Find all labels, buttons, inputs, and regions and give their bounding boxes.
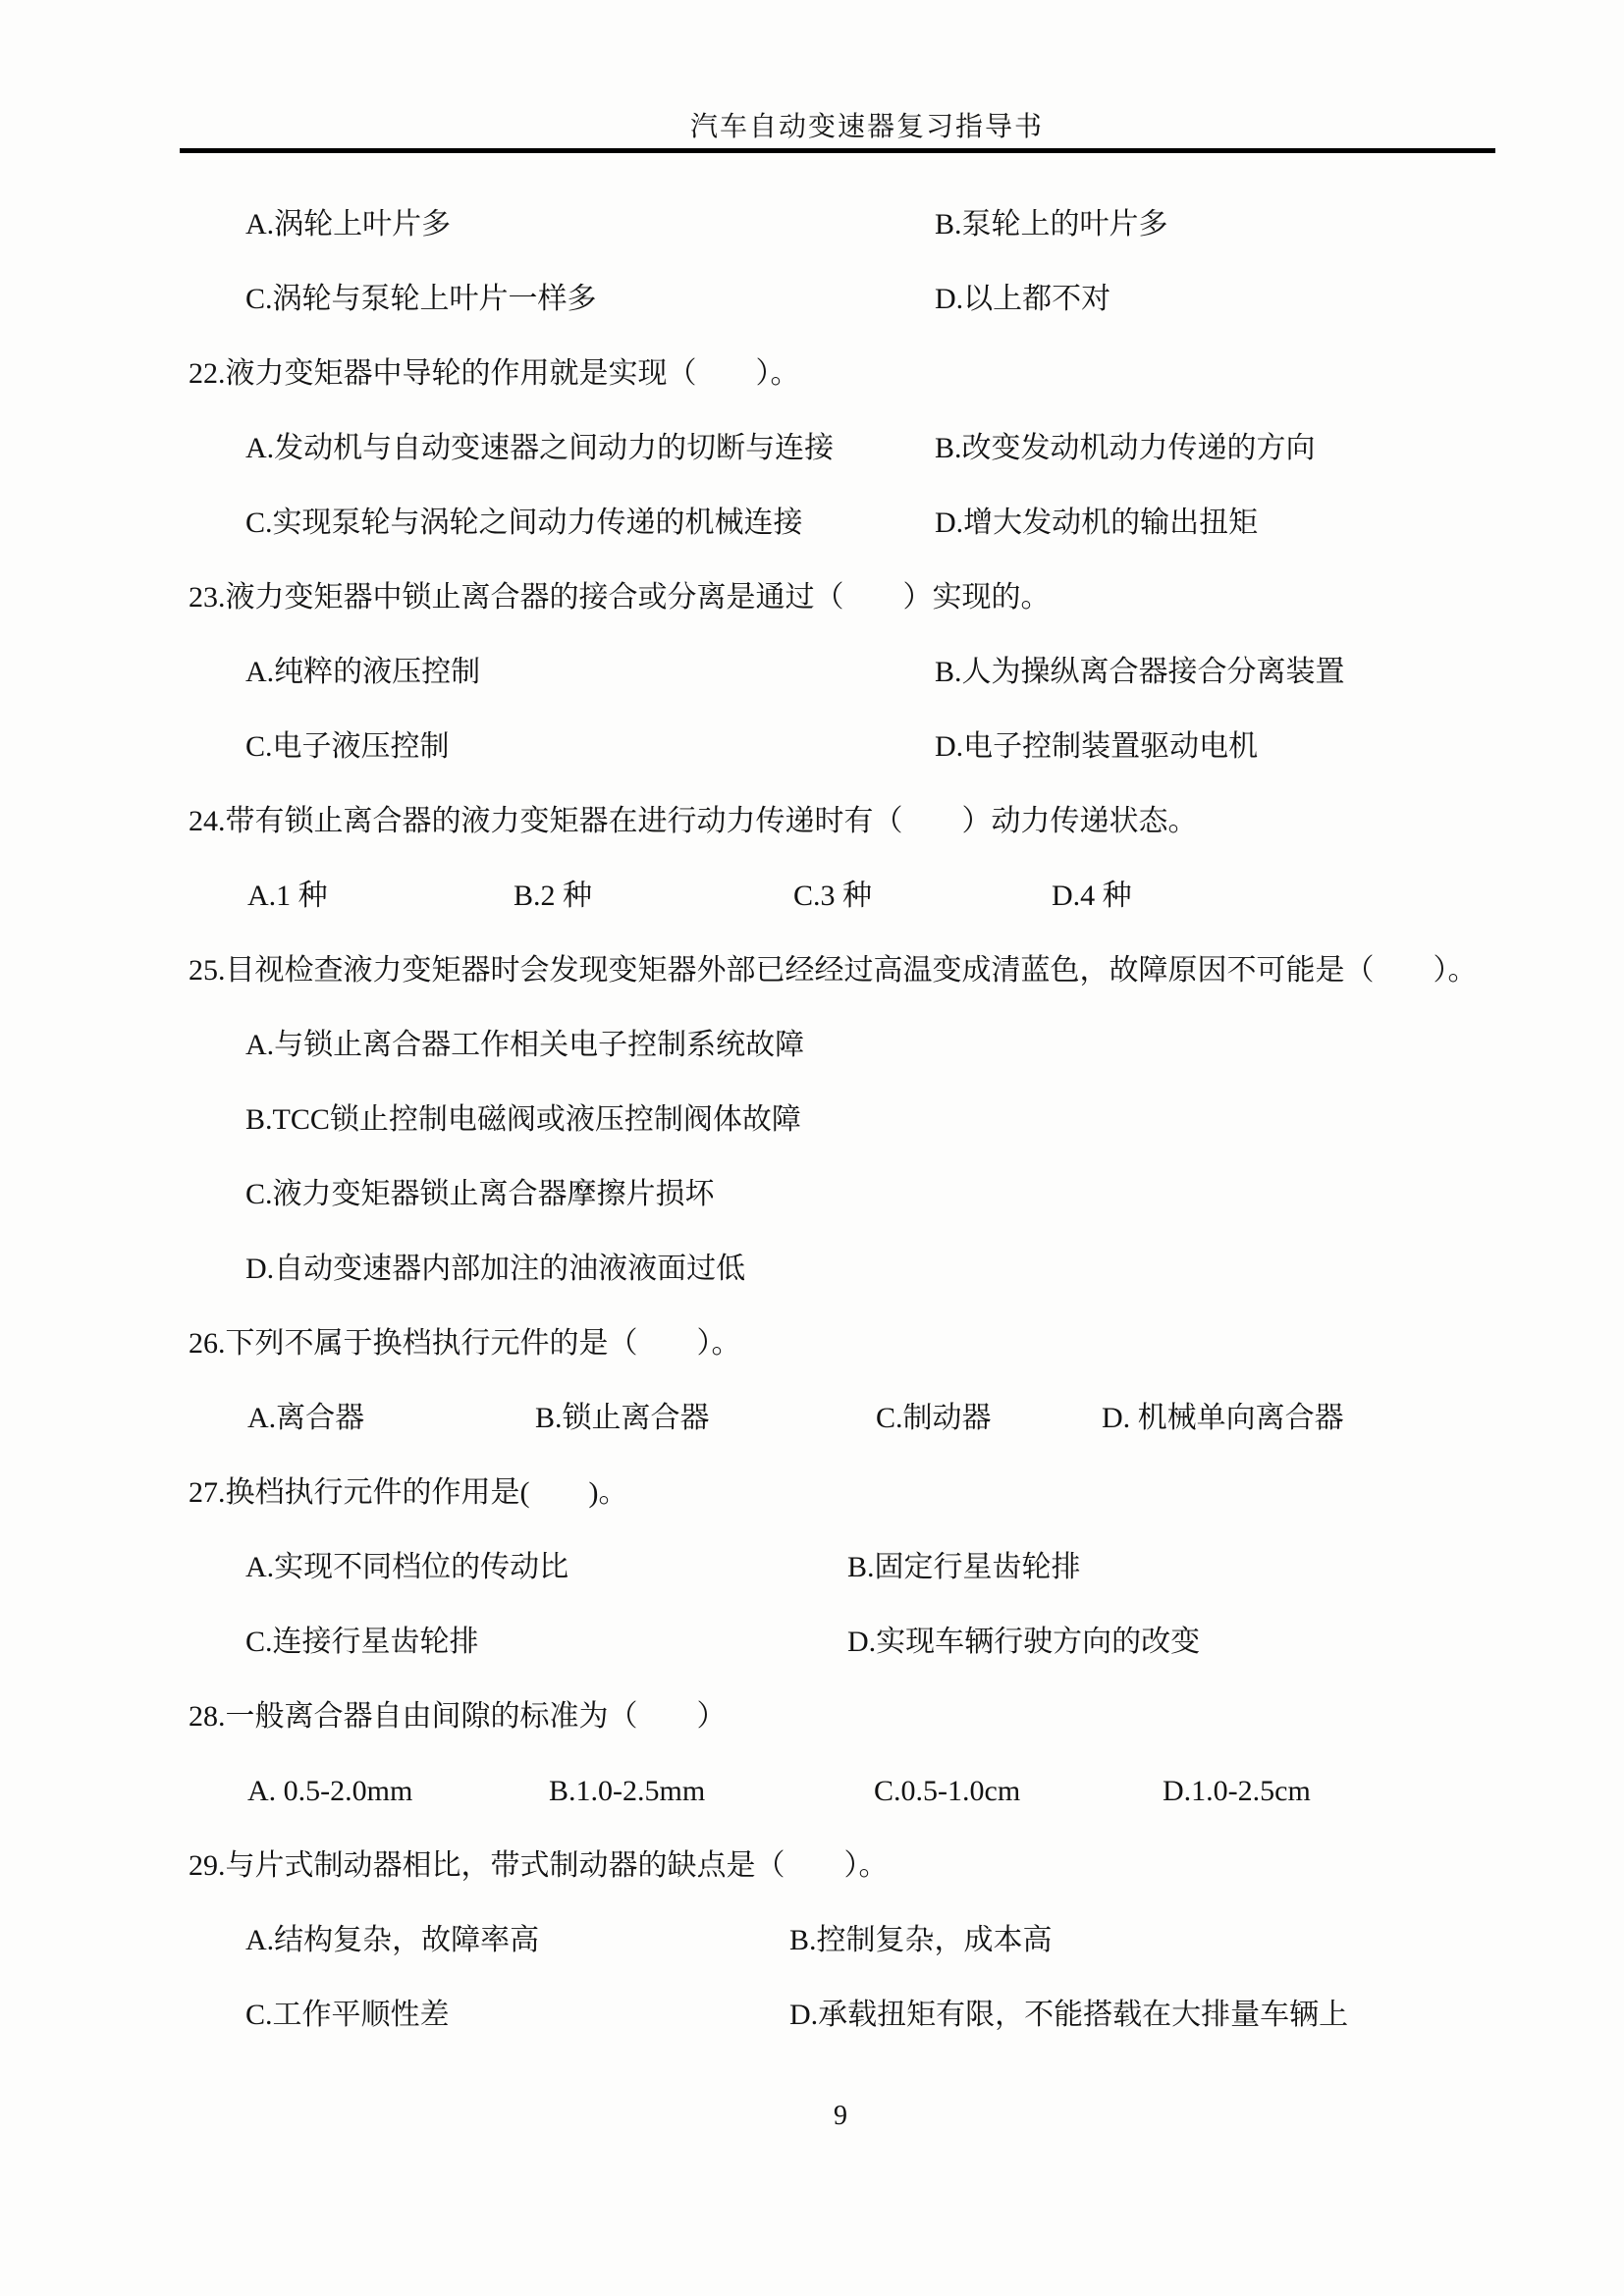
question-25-option-a: A.与锁止离合器工作相关电子控制系统故障 <box>245 1029 804 1061</box>
question-28-option-b: B.1.0-2.5mm <box>549 1775 705 1807</box>
question-26-option-a: A.离合器 <box>247 1402 364 1434</box>
question-23-option-b: B.人为操纵离合器接合分离装置 <box>935 656 1345 688</box>
question-23-option-a: A.纯粹的液压控制 <box>245 656 480 688</box>
question-26-option-c: C.制动器 <box>876 1402 992 1434</box>
question-29-option-c: C.工作平顺性差 <box>245 1999 450 2031</box>
question-26-option-d: D. 机械单向离合器 <box>1102 1402 1344 1434</box>
question-23-stem: 23.液力变矩器中锁止离合器的接合或分离是通过（ ）实现的。 <box>189 581 1051 614</box>
question-24-stem: 24.带有锁止离合器的液力变矩器在进行动力传递时有（ ）动力传递状态。 <box>189 805 1198 837</box>
question-25-option-b: B.TCC锁止控制电磁阀或液压控制阀体故障 <box>245 1103 801 1136</box>
question-23-option-d: D.电子控制装置驱动电机 <box>935 730 1258 763</box>
question-21-option-a: A.涡轮上叶片多 <box>245 208 451 240</box>
question-24-option-a: A.1 种 <box>247 880 328 912</box>
document-page: 汽车自动变速器复习指导书 A.涡轮上叶片多 B.泵轮上的叶片多 C.涡轮与泵轮上… <box>0 0 1624 2296</box>
question-22-stem: 22.液力变矩器中导轮的作用就是实现（ ）。 <box>189 357 800 390</box>
question-29-option-d: D.承载扭矩有限，不能搭载在大排量车辆上 <box>789 1999 1348 2031</box>
question-27-option-c: C.连接行星齿轮排 <box>245 1626 479 1658</box>
question-25-option-c: C.液力变矩器锁止离合器摩擦片损坏 <box>245 1178 715 1210</box>
question-24-option-c: C.3 种 <box>793 880 872 912</box>
page-number: 9 <box>834 2102 847 2132</box>
question-27-option-d: D.实现车辆行驶方向的改变 <box>847 1626 1200 1658</box>
question-21-option-c: C.涡轮与泵轮上叶片一样多 <box>245 283 597 315</box>
header-rule <box>180 148 1495 153</box>
question-24-option-d: D.4 种 <box>1052 880 1132 912</box>
question-26-stem: 26.下列不属于换档执行元件的是（ ）。 <box>189 1327 741 1360</box>
question-27-option-a: A.实现不同档位的传动比 <box>245 1551 568 1583</box>
question-28-stem: 28.一般离合器自由间隙的标准为（ ） <box>189 1700 727 1733</box>
question-21-option-b: B.泵轮上的叶片多 <box>935 208 1168 240</box>
question-27-stem: 27.换档执行元件的作用是( )。 <box>189 1476 627 1509</box>
question-22-option-a: A.发动机与自动变速器之间动力的切断与连接 <box>245 432 834 464</box>
page-header-title: 汽车自动变速器复习指导书 <box>690 113 1044 143</box>
question-28-option-d: D.1.0-2.5cm <box>1163 1775 1311 1807</box>
question-21-option-d: D.以上都不对 <box>935 283 1110 315</box>
question-25-stem: 25.目视检查液力变矩器时会发现变矩器外部已经经过高温变成清蓝色，故障原因不可能… <box>189 954 1478 987</box>
question-26-option-b: B.锁止离合器 <box>535 1402 710 1434</box>
question-22-option-b: B.改变发动机动力传递的方向 <box>935 432 1316 464</box>
question-27-option-b: B.固定行星齿轮排 <box>847 1551 1081 1583</box>
question-24-option-b: B.2 种 <box>514 880 592 912</box>
question-29-option-b: B.控制复杂，成本高 <box>789 1924 1053 1956</box>
question-29-option-a: A.结构复杂，故障率高 <box>245 1924 539 1956</box>
question-29-stem: 29.与片式制动器相比，带式制动器的缺点是（ ）。 <box>189 1849 889 1882</box>
question-23-option-c: C.电子液压控制 <box>245 730 450 763</box>
question-28-option-a: A. 0.5-2.0mm <box>247 1775 412 1807</box>
question-28-option-c: C.0.5-1.0cm <box>874 1775 1020 1807</box>
question-25-option-d: D.自动变速器内部加注的油液液面过低 <box>245 1253 745 1285</box>
question-22-option-c: C.实现泵轮与涡轮之间动力传递的机械连接 <box>245 507 803 539</box>
question-22-option-d: D.增大发动机的输出扭矩 <box>935 507 1258 539</box>
